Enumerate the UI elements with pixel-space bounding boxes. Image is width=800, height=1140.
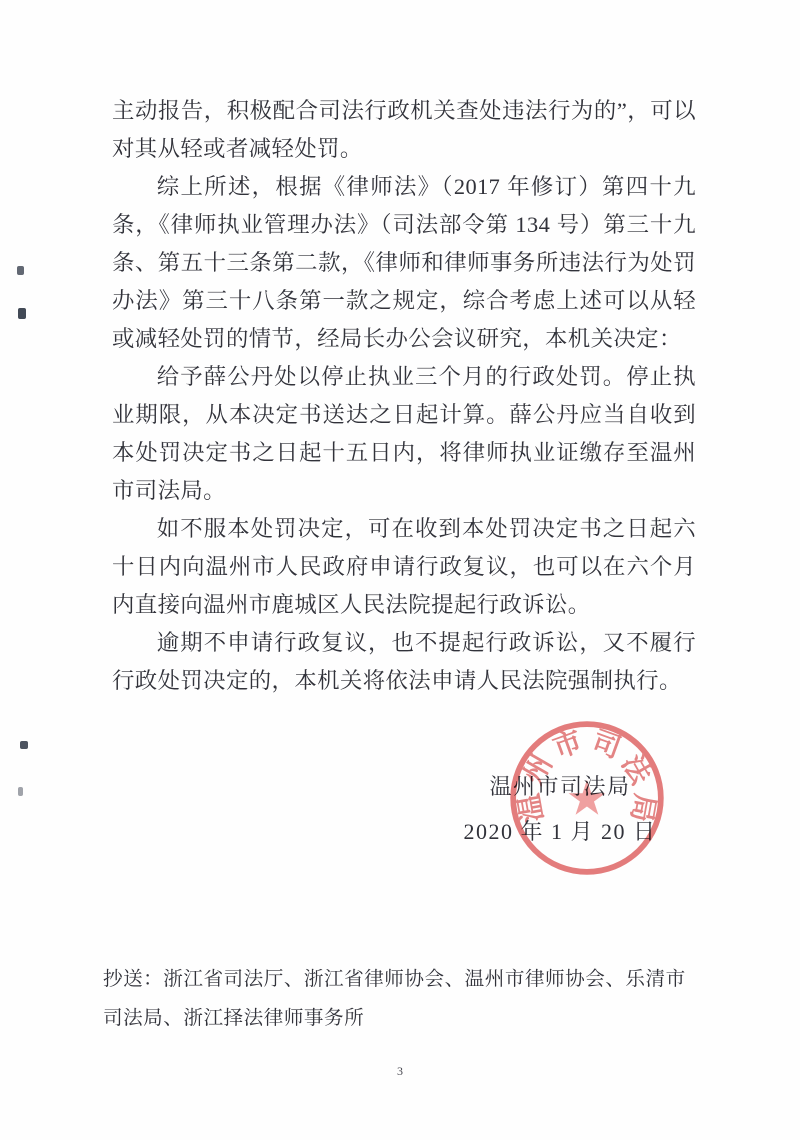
signature-date: 2020 年 1 月 20 日 [420,809,700,854]
body-paragraph-3: 给予薛公丹处以停止执业三个月的行政处罚。停止执业期限，从本决定书送达之日起计算。… [112,358,696,510]
cc-line: 抄送：浙江省司法厅、浙江省律师协会、温州市律师协会、乐清市司法局、浙江择法律师事… [103,960,697,1038]
body-paragraph-4: 如不服本处罚决定，可在收到本处罚决定书之日起六十日内向温州市人民政府申请行政复议… [112,510,696,624]
seal-char: 司 [588,725,625,765]
signature-block: 温州市司法局 2020 年 1 月 20 日 [420,764,700,854]
document-body: 主动报告，积极配合司法行政机关查处违法行为的”，可以对其从轻或者减轻处罚。 综上… [112,92,696,700]
scan-speck [18,787,23,796]
page-number: 3 [0,1064,800,1079]
document-page: 主动报告，积极配合司法行政机关查处违法行为的”，可以对其从轻或者减轻处罚。 综上… [0,0,800,1140]
signature-agency: 温州市司法局 [420,764,700,809]
seal-char: 市 [549,725,586,765]
body-paragraph-1: 主动报告，积极配合司法行政机关查处违法行为的”，可以对其从轻或者减轻处罚。 [112,92,696,168]
scan-speck [17,266,24,275]
scan-speck [18,308,26,319]
body-paragraph-2: 综上所述，根据《律师法》（2017 年修订）第四十九条，《律师执业管理办法》（司… [112,168,696,358]
body-paragraph-5: 逾期不申请行政复议，也不提起行政诉讼，又不履行行政处罚决定的，本机关将依法申请人… [112,624,696,700]
scan-speck [20,741,28,749]
